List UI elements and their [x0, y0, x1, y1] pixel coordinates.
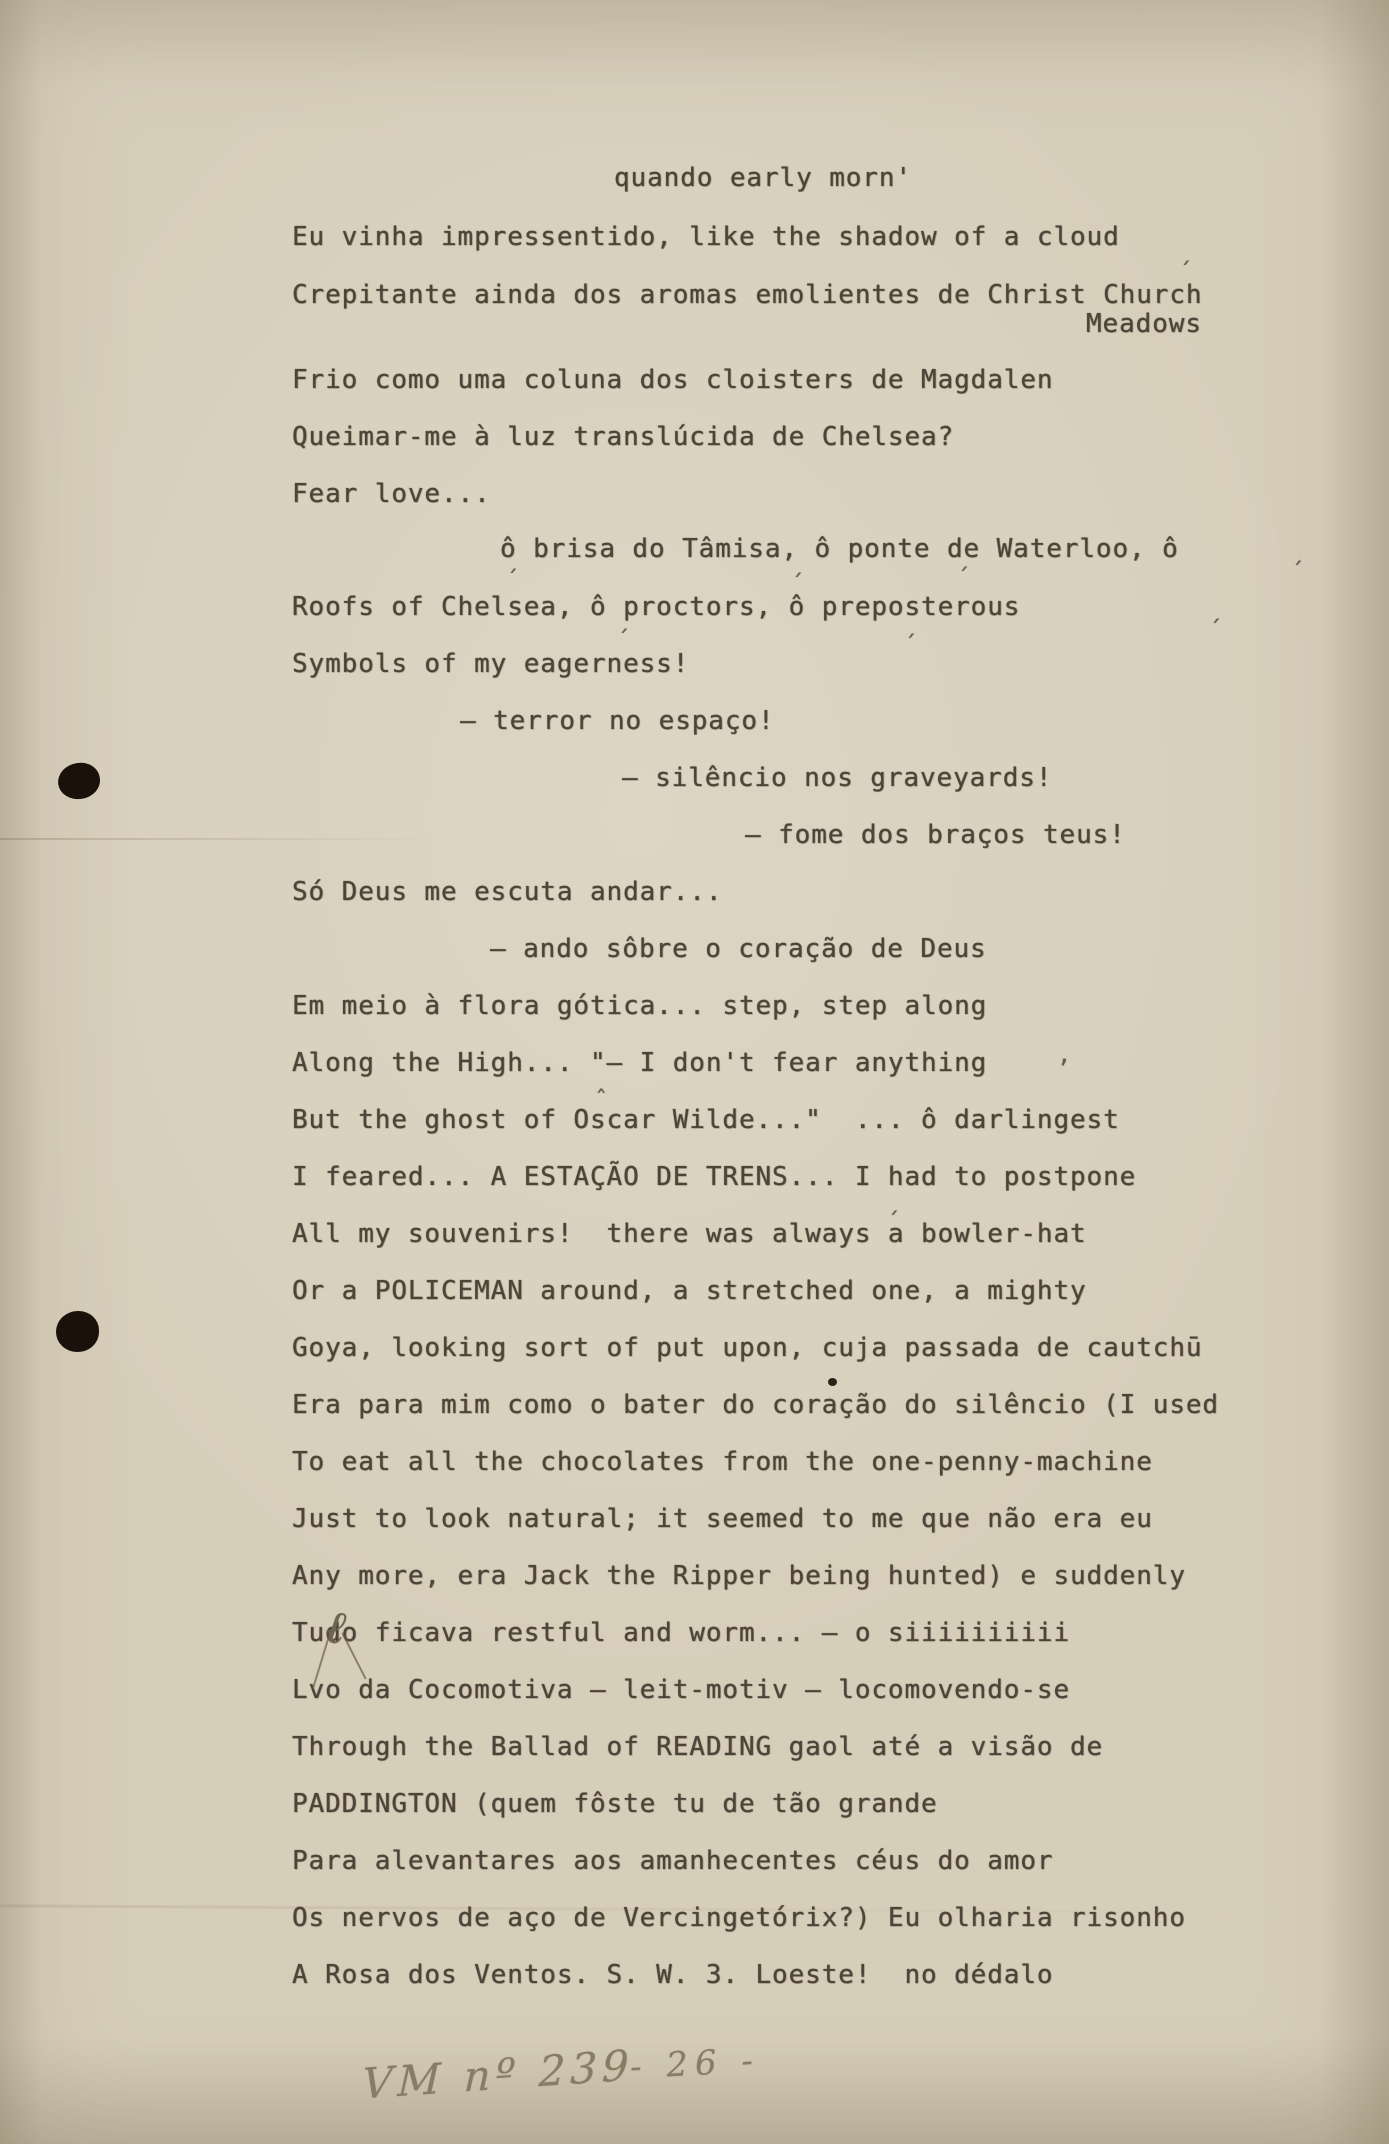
typed-line: Any more, era Jack the Ripper being hunt… [292, 1561, 1186, 1591]
stray-accent-mark: ´ [1290, 558, 1304, 586]
typed-line: Just to look natural; it seemed to me qu… [292, 1504, 1153, 1534]
typed-line: Eu vinha impressentido, like the shadow … [292, 222, 1120, 252]
typed-line: — ando sôbre o coração de Deus [490, 934, 987, 964]
typed-line: Meadows [1086, 309, 1202, 339]
typed-line: Crepitante ainda dos aromas emolientes d… [292, 280, 1202, 310]
typed-line: Queimar-me à luz translúcida de Chelsea? [292, 422, 954, 452]
ink-speck [828, 1378, 837, 1386]
typed-line: All my souvenirs! there was always a bow… [292, 1219, 1087, 1249]
typed-line: But the ghost of Oscar Wilde..." ... ô d… [292, 1105, 1120, 1135]
typed-line: Roofs of Chelsea, ô proctors, ô preposte… [292, 592, 1020, 622]
typed-line: Para alevantares aos amanhecentes céus d… [292, 1846, 1053, 1876]
typed-line: Era para mim como o bater do coração do … [292, 1390, 1219, 1420]
typed-line: Goya, looking sort of put upon, cuja pas… [292, 1333, 1202, 1363]
stray-accent-mark: ´ [886, 1208, 900, 1236]
stray-accent-mark: ˆ [594, 1086, 608, 1114]
stray-accent-mark: ´ [903, 631, 917, 659]
stray-accent-mark: ´ [1178, 258, 1192, 286]
typed-line: Os nervos de aço de Vercingetórix?) Eu o… [292, 1903, 1186, 1933]
typed-line: PADDINGTON (quem fôste tu de tão grande [292, 1789, 938, 1819]
footer-page-number: - 26 - [629, 2041, 761, 2088]
typed-line: Tudo ficava restful and worm... — o siii… [292, 1618, 1070, 1648]
typed-line: — fome dos braços teus! [745, 820, 1126, 850]
stray-accent-mark: , [1057, 1040, 1071, 1068]
typed-line: I feared... A ESTAÇÃO DE TRENS... I had … [292, 1162, 1136, 1192]
typed-line: Fear love... [292, 479, 491, 509]
typed-line: Frio como uma coluna dos cloisters de Ma… [292, 365, 1053, 395]
typed-line: Só Deus me escuta andar... [292, 877, 722, 907]
typed-line: quando early morn' [614, 163, 912, 193]
typed-line: Along the High... "— I don't fear anythi… [292, 1048, 987, 1078]
stray-accent-mark: ´ [790, 570, 804, 598]
stray-accent-mark: ´ [505, 566, 519, 594]
punch-hole-bottom [56, 1311, 99, 1352]
typed-line: A Rosa dos Ventos. S. W. 3. Loeste! no d… [292, 1960, 1053, 1990]
stray-accent-mark: ´ [956, 564, 970, 592]
typed-line: Through the Ballad of READING gaol até a… [292, 1732, 1103, 1762]
typed-line: Or a POLICEMAN around, a stretched one, … [292, 1276, 1087, 1306]
typed-line: Em meio à flora gótica... step, step alo… [292, 991, 987, 1021]
stray-accent-mark: ´ [1208, 616, 1222, 644]
typed-line: ô brisa do Tâmisa, ô ponte de Waterloo, … [500, 534, 1179, 564]
typed-line: — silêncio nos graveyards! [622, 763, 1052, 793]
typed-line: — terror no espaço! [460, 706, 775, 736]
typed-line: To eat all the chocolates from the one-p… [292, 1447, 1153, 1477]
typed-line: Lvo da Cocomotiva — leit-motiv — locomov… [292, 1675, 1070, 1705]
stray-accent-mark: ´ [616, 626, 630, 654]
